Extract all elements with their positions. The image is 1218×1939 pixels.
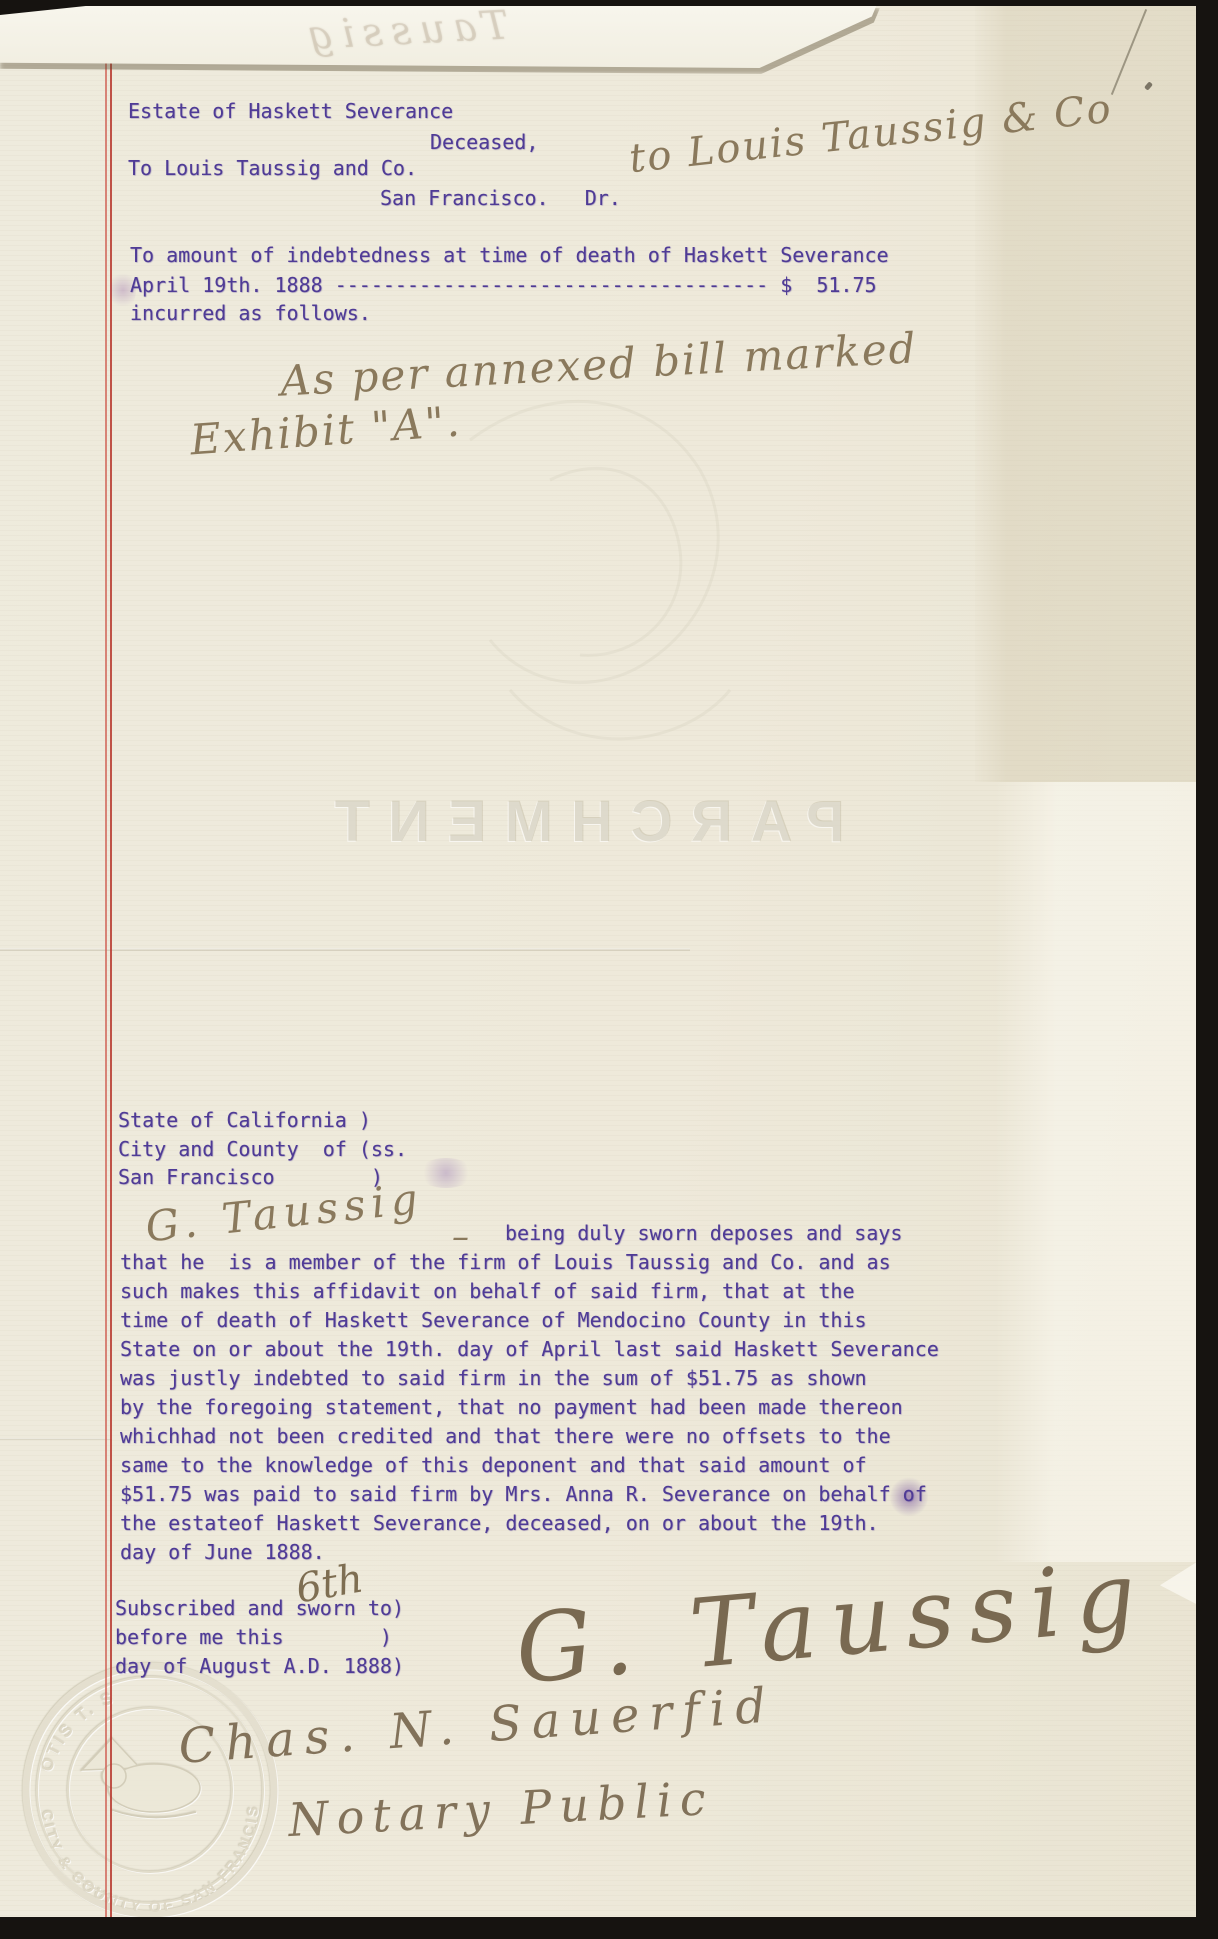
city-dr-line: San Francisco. Dr. (380, 188, 621, 208)
affidavit-line: whichhad not been credited and that ther… (120, 1426, 891, 1446)
affidavit-line: same to the knowledge of this deponent a… (120, 1455, 867, 1475)
scan-border-top (58, 0, 1218, 6)
affidavit-line: was justly indebted to said firm in the … (120, 1368, 867, 1388)
affidavit-line: that he is a member of the firm of Louis… (120, 1252, 891, 1272)
scan-border-right (1196, 0, 1218, 1939)
ghost-writing: Taussig (299, 3, 510, 60)
affidavit-line: the estateof Haskett Severance, deceased… (120, 1513, 879, 1533)
notary-seal: OTIS T. S CITY & COUNTY OF SAN FRANCISCO… (12, 1652, 288, 1928)
document-page: PARCHMENT OTIS T. S CITY & COUN (0, 0, 1202, 1922)
affidavit-line: by the foregoing statement, that no paym… (120, 1397, 903, 1417)
estate-title-line: Estate of Haskett Severance (128, 101, 453, 121)
venue-line-1: State of California ) (118, 1110, 371, 1130)
handwritten-day-inserted: 6th (293, 1558, 366, 1609)
paper-chip (1160, 1560, 1200, 1606)
fold-crease-lower (0, 1438, 112, 1440)
fold-crease-upper (0, 948, 690, 951)
handwritten-dash: – (452, 1220, 469, 1254)
ink-blot-ss (418, 1158, 474, 1188)
affidavit-line: time of death of Haskett Severance of Me… (120, 1310, 867, 1330)
statement-line-3: incurred as follows. (130, 303, 371, 323)
debtor-line: To Louis Taussig and Co. (128, 158, 417, 178)
behind-page-bright-edge (995, 782, 1197, 1562)
affidavit-line: day of June 1888. (120, 1542, 325, 1562)
statement-line-2: April 19th. 1888 -----------------------… (130, 275, 877, 295)
venue-line-2: City and County of (ss. (118, 1139, 407, 1159)
affidavit-line: State on or about the 19th. day of April… (120, 1339, 939, 1359)
overlapping-page-corner: Taussig (0, 2, 878, 68)
affidavit-line: $51.75 was paid to said firm by Mrs. Ann… (120, 1484, 927, 1504)
jurat-line-2: before me this ) (115, 1627, 392, 1647)
red-margin-line-outer (105, 56, 107, 1917)
deceased-line: Deceased, (430, 132, 538, 152)
statement-line-1: To amount of indebtedness at time of dea… (130, 245, 889, 265)
affidavit-intro: being duly sworn deposes and says (505, 1223, 902, 1243)
signature-deponent: G. Taussig (512, 1548, 1153, 1698)
affidavit-line: such makes this affidavit on behalf of s… (120, 1281, 855, 1301)
red-margin-line-inner (110, 56, 112, 1917)
signature-notary-title: Notary Public (287, 1775, 714, 1843)
watermark-text: PARCHMENT (205, 788, 845, 855)
scan-border-bottom (0, 1917, 1218, 1939)
jurat-line-3: day of August A.D. 1888) (115, 1656, 404, 1676)
